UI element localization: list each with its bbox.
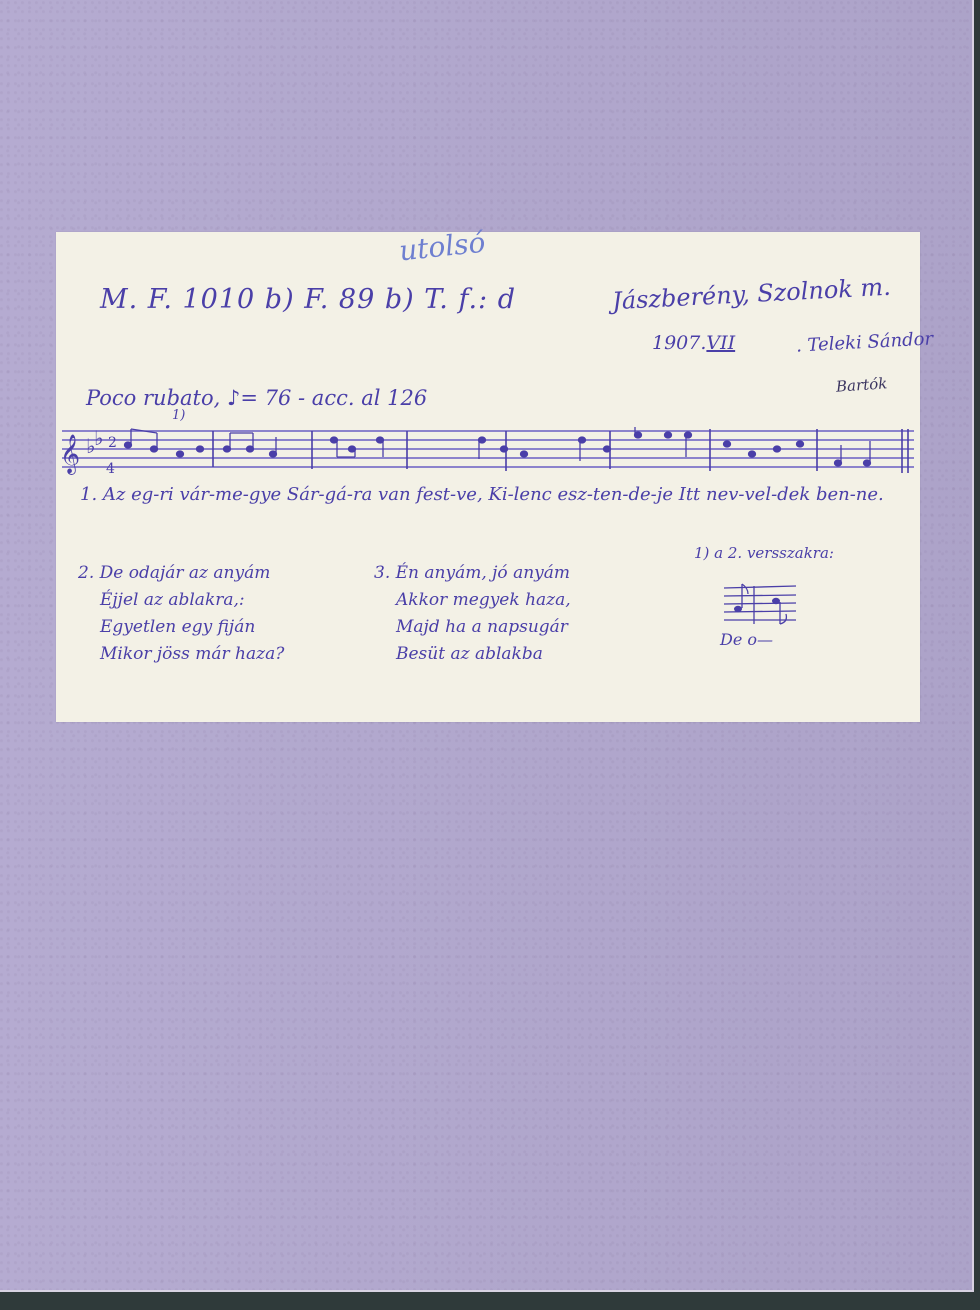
stanza-2: 2. De odajár az anyám Éjjel az ablakra,:… [78, 560, 284, 668]
date-month: VII [706, 332, 735, 354]
stanza-3-line-4: Besüt az ablakba [374, 641, 571, 668]
transcription-slip: utolsó M. F. 1010 b) F. 89 b) T. f.: d J… [56, 232, 920, 722]
footnote-lyric: De o— [720, 630, 773, 649]
stanza-2-line-1: 2. De odajár az anyám [78, 560, 284, 587]
collection-date: 1907.VII [652, 332, 735, 354]
footnote-marker: 1) [172, 408, 185, 423]
svg-text:4: 4 [106, 461, 115, 477]
stanza-2-number: 2. [78, 563, 94, 583]
archive-card: utolsó M. F. 1010 b) F. 89 b) T. f.: d J… [0, 0, 974, 1292]
stanza-2-line-3: Egyetlen egy fiján [78, 614, 284, 641]
stanza-2-line-4: Mikor jöss már haza? [78, 641, 284, 668]
date-year: 1907. [652, 332, 706, 354]
stanza-3-line-2: Akkor megyek haza, [374, 587, 571, 614]
stanza-3: 3. Én anyám, jó anyám Akkor megyek haza,… [374, 560, 571, 668]
stanza-3-line-3: Majd ha a napsugár [374, 614, 571, 641]
music-staff: 𝄞 ♭ ♭ 2 4 [62, 427, 914, 477]
stanza-3-number: 3. [374, 563, 390, 583]
svg-text:𝄞: 𝄞 [62, 434, 80, 475]
annotation-utolso: utolsó [398, 226, 487, 268]
note-heads [125, 427, 871, 466]
verse-1-underlay: 1. Az eg-ri vár-me-gye Sár-gá-ra van fes… [80, 484, 884, 505]
clef-and-signature: 𝄞 ♭ ♭ 2 4 [62, 427, 117, 477]
collection-place: Jászberény, Szolnok m. [611, 273, 891, 316]
stanza-2-line-2: Éjjel az ablakra,: [78, 587, 284, 614]
svg-text:2: 2 [108, 435, 117, 451]
svg-text:♭: ♭ [94, 427, 103, 450]
stanza-3-line-1: 3. Én anyám, jó anyám [374, 560, 571, 587]
footnote-music-staff [720, 582, 800, 632]
collector-name: . Teleki Sándor [796, 328, 934, 356]
footnote-label: 1) a 2. versszakra: [694, 544, 834, 562]
tempo-marking: Poco rubato, ♪= 76 - acc. al 126 [86, 386, 427, 410]
catalog-reference: M. F. 1010 b) F. 89 b) T. f.: d [100, 284, 516, 315]
transcriber-signature: Bartók [835, 374, 887, 396]
